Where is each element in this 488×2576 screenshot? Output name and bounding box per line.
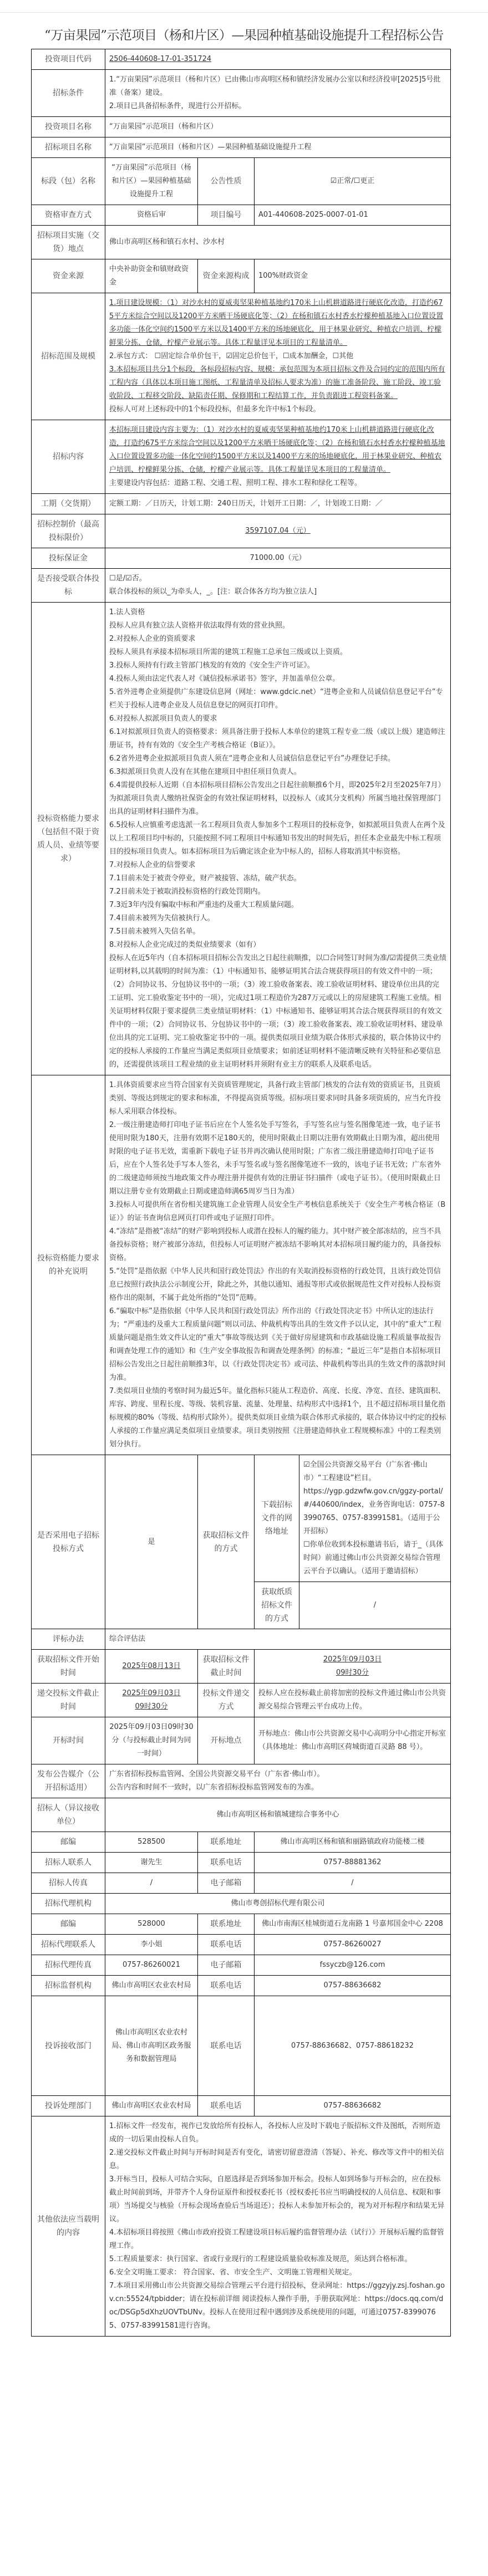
line: 7.5目前未被列入失信名单。 <box>109 925 446 938</box>
row-agency-contact: 招标代理联系人 李小姐 联系电话 0757-86260027 <box>32 1935 451 1955</box>
supervisor-value: 佛山市高明区农业农村局 <box>105 1976 198 1996</box>
line: 投标人在近5年内（自本招标项目招标公告发出之日起往前顺推，以☐合同签订时间为准/… <box>109 952 446 1072</box>
row-project-code: 投资项目代码 2506-440608-17-01-351724 <box>32 49 451 70</box>
label: 公告性质 <box>198 158 255 205</box>
line: 主要建设内容包括：道路工程、交通工程、照明工程、排水工程和绿化工程等。 <box>109 477 446 490</box>
label: 投标资格能力要求的补充说明 <box>32 1075 105 1455</box>
row-opening: 开标时间 2025年09月03日09时30分（与投标截止时间为同一时间） 开标地… <box>32 1717 451 1764</box>
label: 招标项目名称 <box>32 137 105 158</box>
doc-end-value: 2025年09月03日 09时30分 <box>255 1650 451 1684</box>
label: 招标代理机构 <box>32 1894 105 1914</box>
row-supervisor: 招标监督机构 佛山市高明区农业农村局 联系电话 0757-88636682 <box>32 1976 451 1996</box>
label: 投诉处理部门 <box>32 2096 105 2116</box>
complaint-receive-value: 佛山市高明区农业农村局、佛山市高明区政务服务和数据管理局 <box>105 1996 198 2096</box>
row-complaint-handle: 投诉处理部门 佛山市高明区农业农村局 联系电话 0757-88636682 <box>32 2096 451 2116</box>
label: 招标控制价（最高投标限价） <box>32 514 105 548</box>
label: 投资项目代码 <box>32 49 105 70</box>
line: 2025年09月03日 <box>258 1653 446 1666</box>
label: 投资项目名称 <box>32 117 105 137</box>
phone-value: 0757-88881362 <box>255 1853 451 1873</box>
line: 投标人应具有独立法人资格并依法取得有效的营业执照。 <box>109 619 446 632</box>
line: 4.“冻结”是指被“冻结”的财产影响到投标人或潜在投标人的履约能力。其中财产被全… <box>109 1225 446 1265</box>
row-requirements: 投标资格能力要求（包括但不限于资质人员、业绩等要求） 1.法人资格 投标人应具有… <box>32 603 451 1075</box>
label: 招标人联系人 <box>32 1853 105 1873</box>
row-evaluation: 评标办法 综合评估法 <box>32 1629 451 1650</box>
line: 09时30分 <box>109 1700 194 1713</box>
line: 2.项目已具备招标条件，现进行公开招标。 <box>109 100 446 113</box>
notice-nature-checkboxes: ☑正常/☐更正 <box>255 158 451 205</box>
label: 项目编号 <box>198 205 255 226</box>
line: 6.2省外进粤企业拟派项目负责人须在“进粤企业和人员诚信信息登记平台”办理登记手… <box>109 752 446 766</box>
conditions-value: 1.“万亩果园”示范项目（杨和片区）已由佛山市高明区杨和镇经济发展办公室以和经济… <box>105 70 451 117</box>
line: 6.5投标人应慎重考虑选派一名工程项目负责人参加多个工程项目的投标竞争，如拟派项… <box>109 819 446 859</box>
label: 招标条件 <box>32 70 105 117</box>
line: 投标人可对上述标段中的1个标段投标，但最多允许中标1个标段。 <box>109 403 446 416</box>
line: 7.对投标人企业的信誉要求 <box>109 859 446 872</box>
row-supplement: 投标资格能力要求的补充说明 1.具体资质要求应当符合国家有关资质管理规定，具备行… <box>32 1075 451 1455</box>
row-agency-post: 邮编 528000 联系地址 佛山市南海区桂城街道石龙南路 1 号嘉邦国金中心 … <box>32 1914 451 1935</box>
label: 发布公告媒介（公开招标适用） <box>32 1764 105 1798</box>
line: ☐是/☑否。 <box>109 572 446 585</box>
line: 3.投标人须持有行政主管部门核发的有效的《安全生产许可证》。 <box>109 659 446 672</box>
label: 联系电话 <box>198 1853 255 1873</box>
line: 1.“万亩果园”示范项目（杨和片区）已由佛山市高明区杨和镇经济发展办公室以和经济… <box>109 73 446 100</box>
line: 7.3近3年内没有骗取中标和严重违约及重大工程质量问题。 <box>109 899 446 912</box>
line: 2025年09月03日 <box>109 1687 194 1700</box>
label: 电子邮箱 <box>198 1955 255 1976</box>
line: 4.投标人须由法定代表人对《诚信投标承诺书》签字，并加盖单位公章。 <box>109 672 446 686</box>
line: 7.4目前未被列为失信被执行人。 <box>109 912 446 925</box>
line: 6.“骗取中标”是指依据《中华人民共和国行政处罚法》所作出的《行政处罚决定书》中… <box>109 1305 446 1385</box>
label: 获取纸质招标文件的方式 <box>255 1582 299 1629</box>
label: 招标代理传真 <box>32 1955 105 1976</box>
phone-value: 0757-88636682 <box>255 2096 451 2116</box>
row-doc-time: 获取招标文件开始时间 2025年08月13日 获取招标文件截止时间 2025年0… <box>32 1650 451 1684</box>
location-value: 佛山市高明区杨和镇石水村、沙水村 <box>105 226 451 259</box>
fax-value: / <box>105 1873 198 1894</box>
line: ☐你单位收到本投标邀请书后，请于_（具体时间）前通过佛山市公共资源交易综合管理云… <box>303 1538 446 1578</box>
line: 广东省招标投标监管网、全国公共资源交易平台（广东省·佛山市）。 <box>109 1768 446 1781</box>
phone-value: 0757-88636682 <box>255 1976 451 1996</box>
line: 2.一级注册建造师打印电子证书后应在个人签名处手写签名，手写签名应与签名图像笔迹… <box>109 1119 446 1198</box>
row-tenderer-fax: 招标人传真 / 电子邮箱 / <box>32 1873 451 1894</box>
line: 7.类似项目业绩的考察时间为最近5年。量化指标只能从工程造价、高度、长度、净宽、… <box>109 1385 446 1451</box>
label: 开标时间 <box>32 1717 105 1764</box>
line: ☑全国公共资源交易平台（广东省·佛山市）“工程建设”栏目。 <box>303 1458 446 1485</box>
supplement-value: 1.具体资质要求应当符合国家有关资质管理规定，具备行政主管部门核发的合法有效的资… <box>105 1075 451 1455</box>
line: 联合体投标的须以_为牵头人，_。[注：联合体各方均为独立法人] <box>109 585 446 599</box>
line: 6.对投标人拟派项目负责人的要求 <box>109 712 446 726</box>
contact-value: 李小姐 <box>105 1935 198 1955</box>
row-electronic-download: 是否采用电子招标投标方式 是 获取招标文件的方式 下载招标文件的网络地址 ☑全国… <box>32 1455 451 1582</box>
postcode-value: 528500 <box>105 1832 198 1853</box>
label: 开标地点 <box>198 1717 255 1764</box>
label: 下载招标文件的网络地址 <box>255 1455 299 1582</box>
submit-method-value: 投标人应在投标截止前将加密的投标文件通过佛山市公共资源交易综合管理云平台成功上传… <box>255 1684 451 1717</box>
line: 7.1目前未处于被责令停业，财产被接管、冻结，破产状态。 <box>109 872 446 885</box>
row-submit: 递交投标文件截止时间 2025年09月03日 09时30分 投标文件递交方式 投… <box>32 1684 451 1717</box>
line: 6.3拟派项目负责人没有在其他在建项目中担任项目负责人。 <box>109 766 446 779</box>
label: 招标人（异议接收单位） <box>32 1798 105 1832</box>
media-value: 广东省招标投标监管网、全国公共资源交易平台（广东省·佛山市）。 公告内容和时间不… <box>105 1764 451 1798</box>
row-other: 其他依法应当载明的内容 1.招标文件一经发布，视作已发放给所有投标人，各投标人应… <box>32 2116 451 2337</box>
label: 资金来源构成 <box>198 259 255 293</box>
label: 招标内容 <box>32 420 105 494</box>
page-title: “万亩果园”示范项目（杨和片区）—果园种植基础设施提升工程招标公告 <box>0 13 488 49</box>
row-conditions: 招标条件 1.“万亩果园”示范项目（杨和片区）已由佛山市高明区杨和镇经济发展办公… <box>32 70 451 117</box>
line: 7.本项目采用佛山市公共资源交易综合管理云平台进行招投标，登录网址：https:… <box>109 2279 446 2333</box>
opening-place-value: 开标地点：佛山市公共资源交易中心高明分中心指定开标室（具体地址：佛山市高明区荷城… <box>255 1717 451 1764</box>
phone-value: 0757-88636682、0757-88618232 <box>255 1996 451 2096</box>
deposit-value: 71000.00（元） <box>105 548 451 569</box>
label: 资金来源 <box>32 259 105 293</box>
line: 2.承包方式： ☐固定综合单价包干，☑固定总价包干，☐成本加酬金，☐其他 <box>109 350 446 363</box>
label: 联系电话 <box>198 1996 255 2096</box>
line: 4.本招标项目将按照《佛山市政府投资工程建设项目标后履约监督管理办法（试行）》开… <box>109 2226 446 2253</box>
email-link[interactable]: fssyczb@126.com <box>255 1955 451 1976</box>
funding-composition-value: 100%财政资金 <box>255 259 451 293</box>
tender-name-value: “万亩果园”示范项目（杨和片区）—果园种植基础设施提升工程 <box>105 137 451 158</box>
label: 招标代理联系人 <box>32 1935 105 1955</box>
row-deposit: 投标保证金 71000.00（元） <box>32 548 451 569</box>
label: 其他依法应当载明的内容 <box>32 2116 105 2337</box>
row-consortium: 是否接受联合体投标 ☐是/☑否。 联合体投标的须以_为牵头人，_。[注：联合体各… <box>32 569 451 603</box>
funding-value: 中央补助资金和镇财政资金 <box>105 259 198 293</box>
project-code-value: 2506-440608-17-01-351724 <box>105 49 451 70</box>
row-investment-name: 投资项目名称 “万亩果园”示范项目（杨和片区） <box>32 117 451 137</box>
label: 投标文件递交方式 <box>198 1684 255 1717</box>
label: 联系电话 <box>198 2096 255 2116</box>
postcode-value: 528000 <box>105 1914 198 1935</box>
row-agency: 招标代理机构 佛山市粤创招标代理有限公司 <box>32 1894 451 1914</box>
label: 工期（交货期） <box>32 494 105 514</box>
label: 招标范围及规模 <box>32 293 105 420</box>
evaluation-value: 综合评估法 <box>105 1629 451 1650</box>
tenderer-value: 佛山市高明区杨和镇城建综合事务中心 <box>105 1798 451 1832</box>
complaint-handle-value: 佛山市高明区农业农村局 <box>105 2096 198 2116</box>
label: 是否采用电子招标投标方式 <box>32 1455 105 1629</box>
submit-deadline-value: 2025年09月03日 09时30分 <box>105 1684 198 1717</box>
line: 5.“处罚”是指依据《中华人民共和国行政处罚法》作出的有关取消投标资格的行政处罚… <box>109 1265 446 1305</box>
phone-value: 0757-86260027 <box>255 1935 451 1955</box>
line: 3.投标人可提供所在省份相关建筑施工企业管理人员安全生产考核信息系统关于《安全生… <box>109 1198 446 1225</box>
project-number-value: A01-440608-2025-0007-01-01 <box>255 205 451 226</box>
row-complaint-receive: 投诉接收部门 佛山市高明区农业农村局、佛山市高明区政务服务和数据管理局 联系电话… <box>32 1996 451 2096</box>
label: 获取招标文件开始时间 <box>32 1650 105 1684</box>
tender-notice-table: 投资项目代码 2506-440608-17-01-351724 招标条件 1.“… <box>31 49 451 2337</box>
line: 1.项目建设规模：（1）对沙水村的夏威夷坚果种植基地约170米上山机耕道路进行硬… <box>109 297 446 350</box>
contact-value: 谢先生 <box>105 1853 198 1873</box>
requirements-value: 1.法人资格 投标人应具有独立法人资格并依法取得有效的营业执照。 2.对投标人企… <box>105 603 451 1075</box>
label: 获取招标文件截止时间 <box>198 1650 255 1684</box>
doc-start-value: 2025年08月13日 <box>105 1650 198 1684</box>
label: 资格审查方式 <box>32 205 105 226</box>
label: 电子邮箱 <box>198 1873 255 1894</box>
line: 1.招标文件一经发布，视作已发放给所有投标人，各投标人应及时下载电子版招标文件及… <box>109 2120 446 2146</box>
period-value: 定额工期：／日历天，计划工期：240日历天，计划开工日期：／，计划竣工日期：／ <box>105 494 451 514</box>
line: 本招标项目建设内容主要为：（1）对沙水村的夏威夷坚果种植基地约170米上山机耕道… <box>109 424 446 477</box>
line: 投标人须具有承接本招标项目所需的建筑工程施工总承包三级或以上资质。 <box>109 646 446 659</box>
email-value: / <box>255 1873 451 1894</box>
line: 3.开标当日，投标人可结合实际，自愿选择是否到场参加开标会。投标人如到场参与开标… <box>109 2173 446 2226</box>
line: 3.本招标项目共分1个标段，各标段招标内容、规模：承包范围为本项目招标文件及合同… <box>109 363 446 403</box>
label: 是否接受联合体投标 <box>32 569 105 603</box>
scope-value: 1.项目建设规模：（1）对沙水村的夏威夷坚果种植基地约170米上山机耕道路进行硬… <box>105 293 451 420</box>
address-value: 佛山市高明区杨和镇和丽路镇政府功能楼二楼 <box>255 1832 451 1853</box>
qualification-value: 资格后审 <box>105 205 198 226</box>
line: 2.递交投标文件截止时间与开标时间是否有变化，请密切留意澄清（答疑）、补充、修改… <box>109 2146 446 2173</box>
label: 联系地址 <box>198 1914 255 1935</box>
label: 邮编 <box>32 1914 105 1935</box>
row-tenderer: 招标人（异议接收单位） 佛山市高明区杨和镇城建综合事务中心 <box>32 1798 451 1832</box>
row-qualification: 资格审查方式 资格后审 项目编号 A01-440608-2025-0007-01… <box>32 205 451 226</box>
line: 6.1对拟派项目负责人的资格要求：须具备注册于投标人本单位的建筑工程专业二级（或… <box>109 726 446 752</box>
label: 招标人传真 <box>32 1873 105 1894</box>
label: 招标项目实施（交货）地点 <box>32 226 105 259</box>
label: 投标保证金 <box>32 548 105 569</box>
line: 5.工程质量要求：执行国家、省或行业现行的工程建设质量验收标准及规范，须达到合格… <box>109 2253 446 2266</box>
label: 投标资格能力要求（包括但不限于资质人员、业绩等要求） <box>32 603 105 1075</box>
row-scope: 招标范围及规模 1.项目建设规模：（1）对沙水村的夏威夷坚果种植基地约170米上… <box>32 293 451 420</box>
row-period: 工期（交货期） 定额工期：／日历天，计划工期：240日历天，计划开工日期：／，计… <box>32 494 451 514</box>
label: 联系地址 <box>198 1832 255 1853</box>
line: 5.省外进粤企业须提供广东建设信息网（网址：www.gdcic.net）“进粤企… <box>109 686 446 712</box>
fax-value: 0757-86260021 <box>105 1955 198 1976</box>
row-tenderer-post: 邮编 528500 联系地址 佛山市高明区杨和镇和丽路镇政府功能楼二楼 <box>32 1832 451 1853</box>
label: 递交投标文件截止时间 <box>32 1684 105 1717</box>
address-value: 佛山市南海区桂城街道石龙南路 1 号嘉邦国金中心 2208 <box>255 1914 451 1935</box>
row-funding: 资金来源 中央补助资金和镇财政资金 资金来源构成 100%财政资金 <box>32 259 451 293</box>
top-divider <box>0 0 488 13</box>
row-control-price: 招标控制价（最高投标限价） 3597107.04（元） <box>32 514 451 548</box>
download-address-value: ☑全国公共资源交易平台（广东省·佛山市）“工程建设”栏目。 https://yg… <box>299 1455 451 1582</box>
line: 6.安全文明施工要求： 符合国家、省、市安全生产、文明施工管理相关规定。 <box>109 2266 446 2279</box>
line: 公告内容和时间不一致时，以广东省招标投标监管网发布的为准。 <box>109 1781 446 1794</box>
row-content: 招标内容 本招标项目建设内容主要为：（1）对沙水村的夏威夷坚果种植基地约170米… <box>32 420 451 494</box>
label: 招标监督机构 <box>32 1976 105 1996</box>
row-tenderer-contact: 招标人联系人 谢先生 联系电话 0757-88881362 <box>32 1853 451 1873</box>
agency-value: 佛山市粤创招标代理有限公司 <box>105 1894 451 1914</box>
electronic-value: 是 <box>105 1455 198 1629</box>
row-tender-name: 招标项目名称 “万亩果园”示范项目（杨和片区）—果园种植基础设施提升工程 <box>32 137 451 158</box>
line: 1.具体资质要求应当符合国家有关资质管理规定，具备行政主管部门核发的合法有效的资… <box>109 1079 446 1119</box>
control-price-value: 3597107.04（元） <box>105 514 451 548</box>
line: 1.法人资格 <box>109 606 446 619</box>
label: 获取招标文件的方式 <box>198 1455 255 1629</box>
opening-time-value: 2025年09月03日09时30分（与投标截止时间为同一时间） <box>105 1717 198 1764</box>
consortium-value: ☐是/☑否。 联合体投标的须以_为牵头人，_。[注：联合体各方均为独立法人] <box>105 569 451 603</box>
download-link[interactable]: https://ygp.gdzwfw.gov.cn/ggzy-portal/#/… <box>303 1485 446 1538</box>
label: 联系电话 <box>198 1976 255 1996</box>
label: 标段（包）名称 <box>32 158 105 205</box>
label: 联系电话 <box>198 1935 255 1955</box>
section-name-value: “万亩果园”示范项目（杨和片区）—果园种植基础设施提升工程 <box>105 158 198 205</box>
line: 7.2目前未处于被取消投标资格的行政处罚期内。 <box>109 885 446 899</box>
label: 邮编 <box>32 1832 105 1853</box>
line: 09时30分 <box>258 1666 446 1680</box>
content-value: 本招标项目建设内容主要为：（1）对沙水村的夏威夷坚果种植基地约170米上山机耕道… <box>105 420 451 494</box>
label: 评标办法 <box>32 1629 105 1650</box>
paper-method-value: / <box>299 1582 451 1629</box>
row-media: 发布公告媒介（公开招标适用） 广东省招标投标监管网、全国公共资源交易平台（广东省… <box>32 1764 451 1798</box>
line: 2.对投标人企业的资质要求 <box>109 632 446 646</box>
label: 投诉接收部门 <box>32 1996 105 2096</box>
investment-name-value: “万亩果园”示范项目（杨和片区） <box>105 117 451 137</box>
line: 8.对投标人企业完成过的类似业绩要求（如有） <box>109 938 446 952</box>
row-section: 标段（包）名称 “万亩果园”示范项目（杨和片区）—果园种植基础设施提升工程 公告… <box>32 158 451 205</box>
row-location: 招标项目实施（交货）地点 佛山市高明区杨和镇石水村、沙水村 <box>32 226 451 259</box>
row-agency-fax: 招标代理传真 0757-86260021 电子邮箱 fssyczb@126.co… <box>32 1955 451 1976</box>
other-value: 1.招标文件一经发布，视作已发放给所有投标人，各投标人应及时下载电子版招标文件及… <box>105 2116 451 2337</box>
line: 6.4需提供投标人近期（自本招标项目招标公告发出之日起往前顺推6个月，即2025… <box>109 779 446 819</box>
